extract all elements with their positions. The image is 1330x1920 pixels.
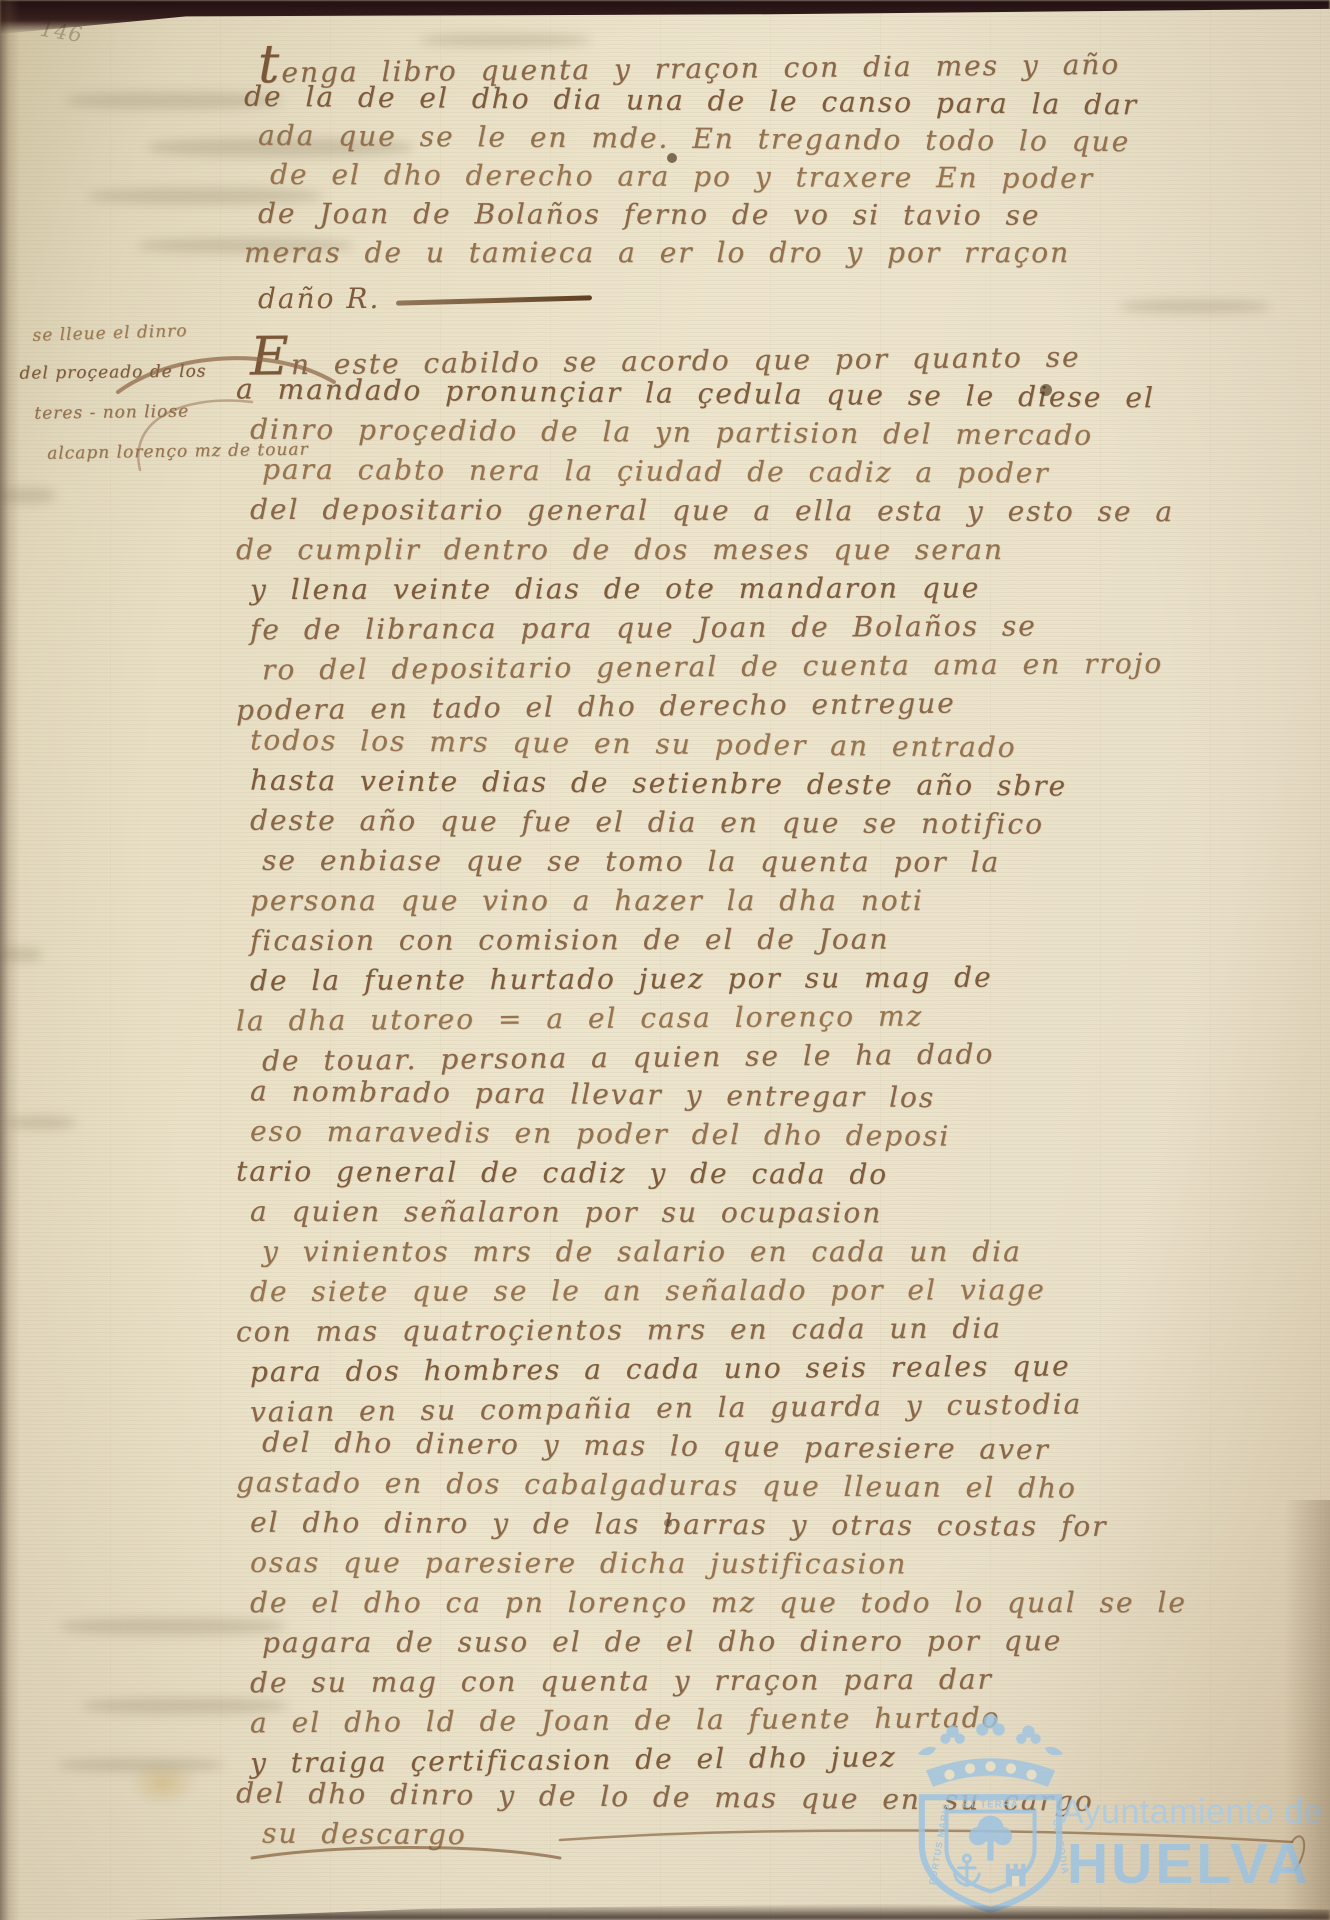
page-curl-shadow <box>1284 1500 1330 1920</box>
manuscript-line: gastado en dos cabalgaduras que lleuan e… <box>236 1466 1187 1512</box>
ink-rule <box>396 295 592 305</box>
manuscript-line: hasta veinte dias de setienbre deste año… <box>250 764 1187 810</box>
binding-edge-left <box>0 0 20 1920</box>
huelva-shield-icon: ET TERRA PORTUS MARIS CUSTODIA <box>903 1709 1078 1914</box>
shield-motto-top: ET TERRA <box>962 1799 1019 1810</box>
manuscript-line: ada que se le en mde. En tregando todo l… <box>258 119 1138 163</box>
manuscript-line: del depositario general que a ella esta … <box>250 493 1187 534</box>
manuscript-line: para cabto nera la çiudad de cadiz a pod… <box>262 453 1187 497</box>
manuscript-line: de el dho ca pn lorenço mz que todo lo q… <box>250 1586 1187 1625</box>
manuscript-page: 146 se lleue el dinrodel proçeado de los… <box>0 0 1330 1920</box>
manuscript-line: eso maravedis en poder del dho deposi <box>250 1115 1187 1161</box>
huelva-watermark: ET TERRA PORTUS MARIS CUSTODIA Ayuntamie… <box>855 1695 1330 1920</box>
anchor <box>955 1855 980 1885</box>
manuscript-line: fe de libranca para que Joan de Bolaños … <box>250 609 1187 653</box>
paragraph-2: En este cabildo se acordo que por quanto… <box>250 338 1187 1859</box>
manuscript-line: de siete que se le an señalado por el vi… <box>250 1273 1187 1314</box>
tree <box>969 1816 1012 1861</box>
manuscript-line: meras de u tamieca a er lo dro y por rra… <box>244 236 1138 274</box>
manuscript-line: de la fuente hurtado juez por su mag de <box>250 960 1187 1004</box>
manuscript-line: se lleue el dinro <box>32 318 283 366</box>
manuscript-line: de el dho derecho ara po y traxere En po… <box>270 158 1138 200</box>
manuscript-line: de Joan de Bolaños ferno de vo si tavio … <box>258 197 1138 237</box>
manuscript-line: a quien señalaron por su ocupasion <box>250 1195 1187 1236</box>
manuscript-line: deste año que fue el dia en que se notif… <box>250 804 1187 848</box>
paper-stain <box>128 1760 198 1806</box>
manuscript-line: se enbiase que se tomo la quenta por la <box>262 844 1187 885</box>
manuscript-line: osas que paresiere dicha justificasion <box>250 1546 1187 1587</box>
paragraph-1: tenga libro quenta y rraçon con dia mes … <box>258 46 1138 274</box>
closing-line: daño R. <box>258 282 592 315</box>
manuscript-line: el dho dinro y de las barras y otras cos… <box>250 1506 1187 1550</box>
manuscript-line: pagara de suso el de el dho dinero por q… <box>262 1624 1187 1665</box>
bleedthrough-smudge <box>420 34 590 46</box>
closing-text: daño R. <box>258 282 380 315</box>
manuscript-line: persona que vino a hazer la dha noti <box>250 884 1187 923</box>
binding-edge-top <box>0 0 1330 34</box>
manuscript-line: y llena veinte dias de ote mandaron que <box>250 571 1187 612</box>
bleedthrough-smudge <box>1120 300 1270 313</box>
watermark-city-name: HUELVA <box>1067 1831 1311 1897</box>
manuscript-line: tario general de cadiz y de cada do <box>236 1155 1187 1199</box>
crown <box>918 1714 1064 1787</box>
tower <box>1006 1864 1025 1887</box>
manuscript-line: ficasion con comision de el de Joan <box>250 922 1187 963</box>
manuscript-line: con mas quatroçientos mrs en cada un dia <box>236 1311 1187 1355</box>
manuscript-line: de cumplir dentro de dos meses que seran <box>236 533 1187 572</box>
manuscript-line: dinro proçedido de la yn partision del m… <box>250 413 1187 459</box>
manuscript-line: y vinientos mrs de salario en cada un di… <box>262 1235 1187 1274</box>
